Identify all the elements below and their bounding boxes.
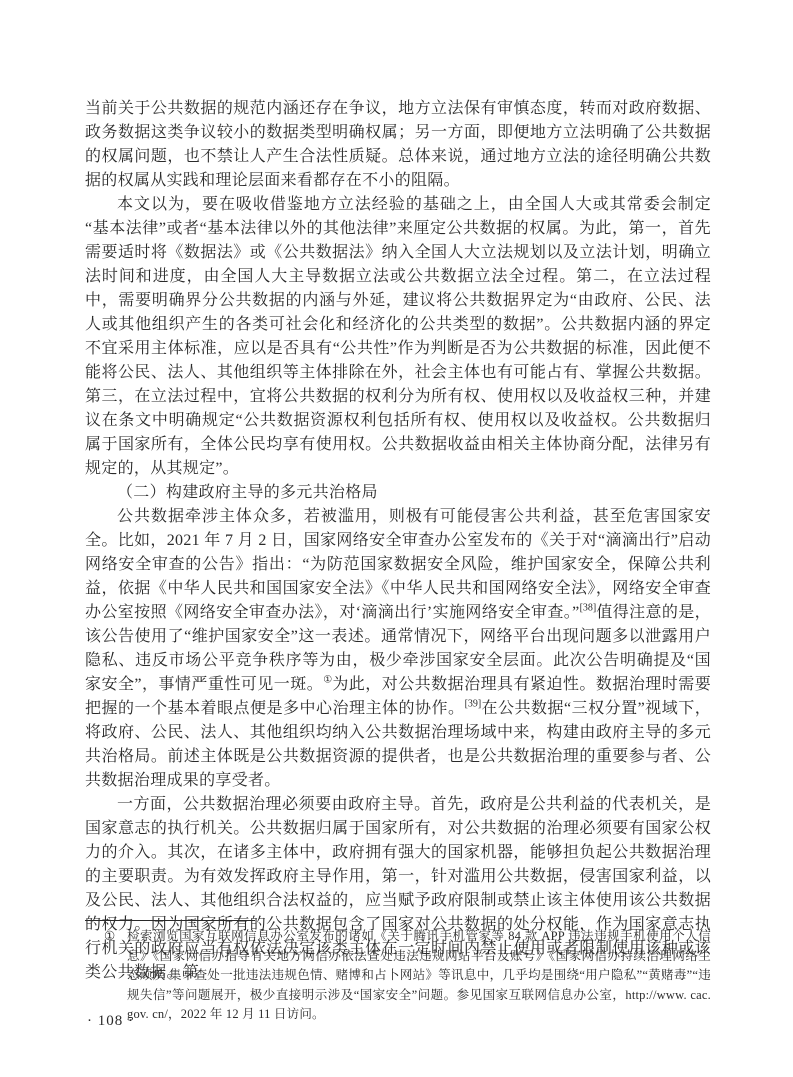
footnote-ref-mark: ① bbox=[323, 675, 332, 686]
body-paragraph-continuation: 当前关于公共数据的规范内涵还存在争议，地方立法保有审慎态度，转而对政府数据、政务… bbox=[85, 97, 711, 193]
body-paragraph: 公共数据牵涉主体众多，若被滥用，则极有可能侵害公共利益，甚至危害国家安全。比如，… bbox=[85, 505, 711, 793]
footnote-marker: ① bbox=[104, 927, 127, 947]
footnote-area: ① 检索浏览国家互联网信息办公室发布的诸如《关于腾讯手机管家等 84 款 APP… bbox=[104, 927, 711, 1025]
footnote-text: 检索浏览国家互联网信息办公室发布的诸如《关于腾讯手机管家等 84 款 APP 违… bbox=[127, 927, 711, 1025]
footnote-divider bbox=[85, 920, 255, 921]
document-page: 当前关于公共数据的规范内涵还存在争议，地方立法保有审慎态度，转而对政府数据、政务… bbox=[0, 0, 793, 1077]
body-paragraph: 本文以为，要在吸收借鉴地方立法经验的基础之上，由全国人大或其常委会制定“基本法律… bbox=[85, 193, 711, 481]
footnote-ref-mark: [38] bbox=[580, 603, 597, 614]
text-run: 本文以为，要在吸收借鉴地方立法经验的基础之上，由全国人大或其常委会制定“基本法律… bbox=[85, 196, 711, 477]
body-text-block: 当前关于公共数据的规范内涵还存在争议，地方立法保有审慎态度，转而对政府数据、政务… bbox=[85, 97, 711, 985]
text-run: （二）构建政府主导的多元共治格局 bbox=[117, 484, 378, 501]
section-heading: （二）构建政府主导的多元共治格局 bbox=[85, 481, 711, 505]
text-run: 当前关于公共数据的规范内涵还存在争议，地方立法保有审慎态度，转而对政府数据、政务… bbox=[85, 100, 711, 189]
page-number: · 108 · bbox=[87, 1013, 134, 1030]
footnote-item: ① 检索浏览国家互联网信息办公室发布的诸如《关于腾讯手机管家等 84 款 APP… bbox=[104, 927, 711, 1025]
footnote-ref-mark: [39] bbox=[465, 699, 482, 710]
